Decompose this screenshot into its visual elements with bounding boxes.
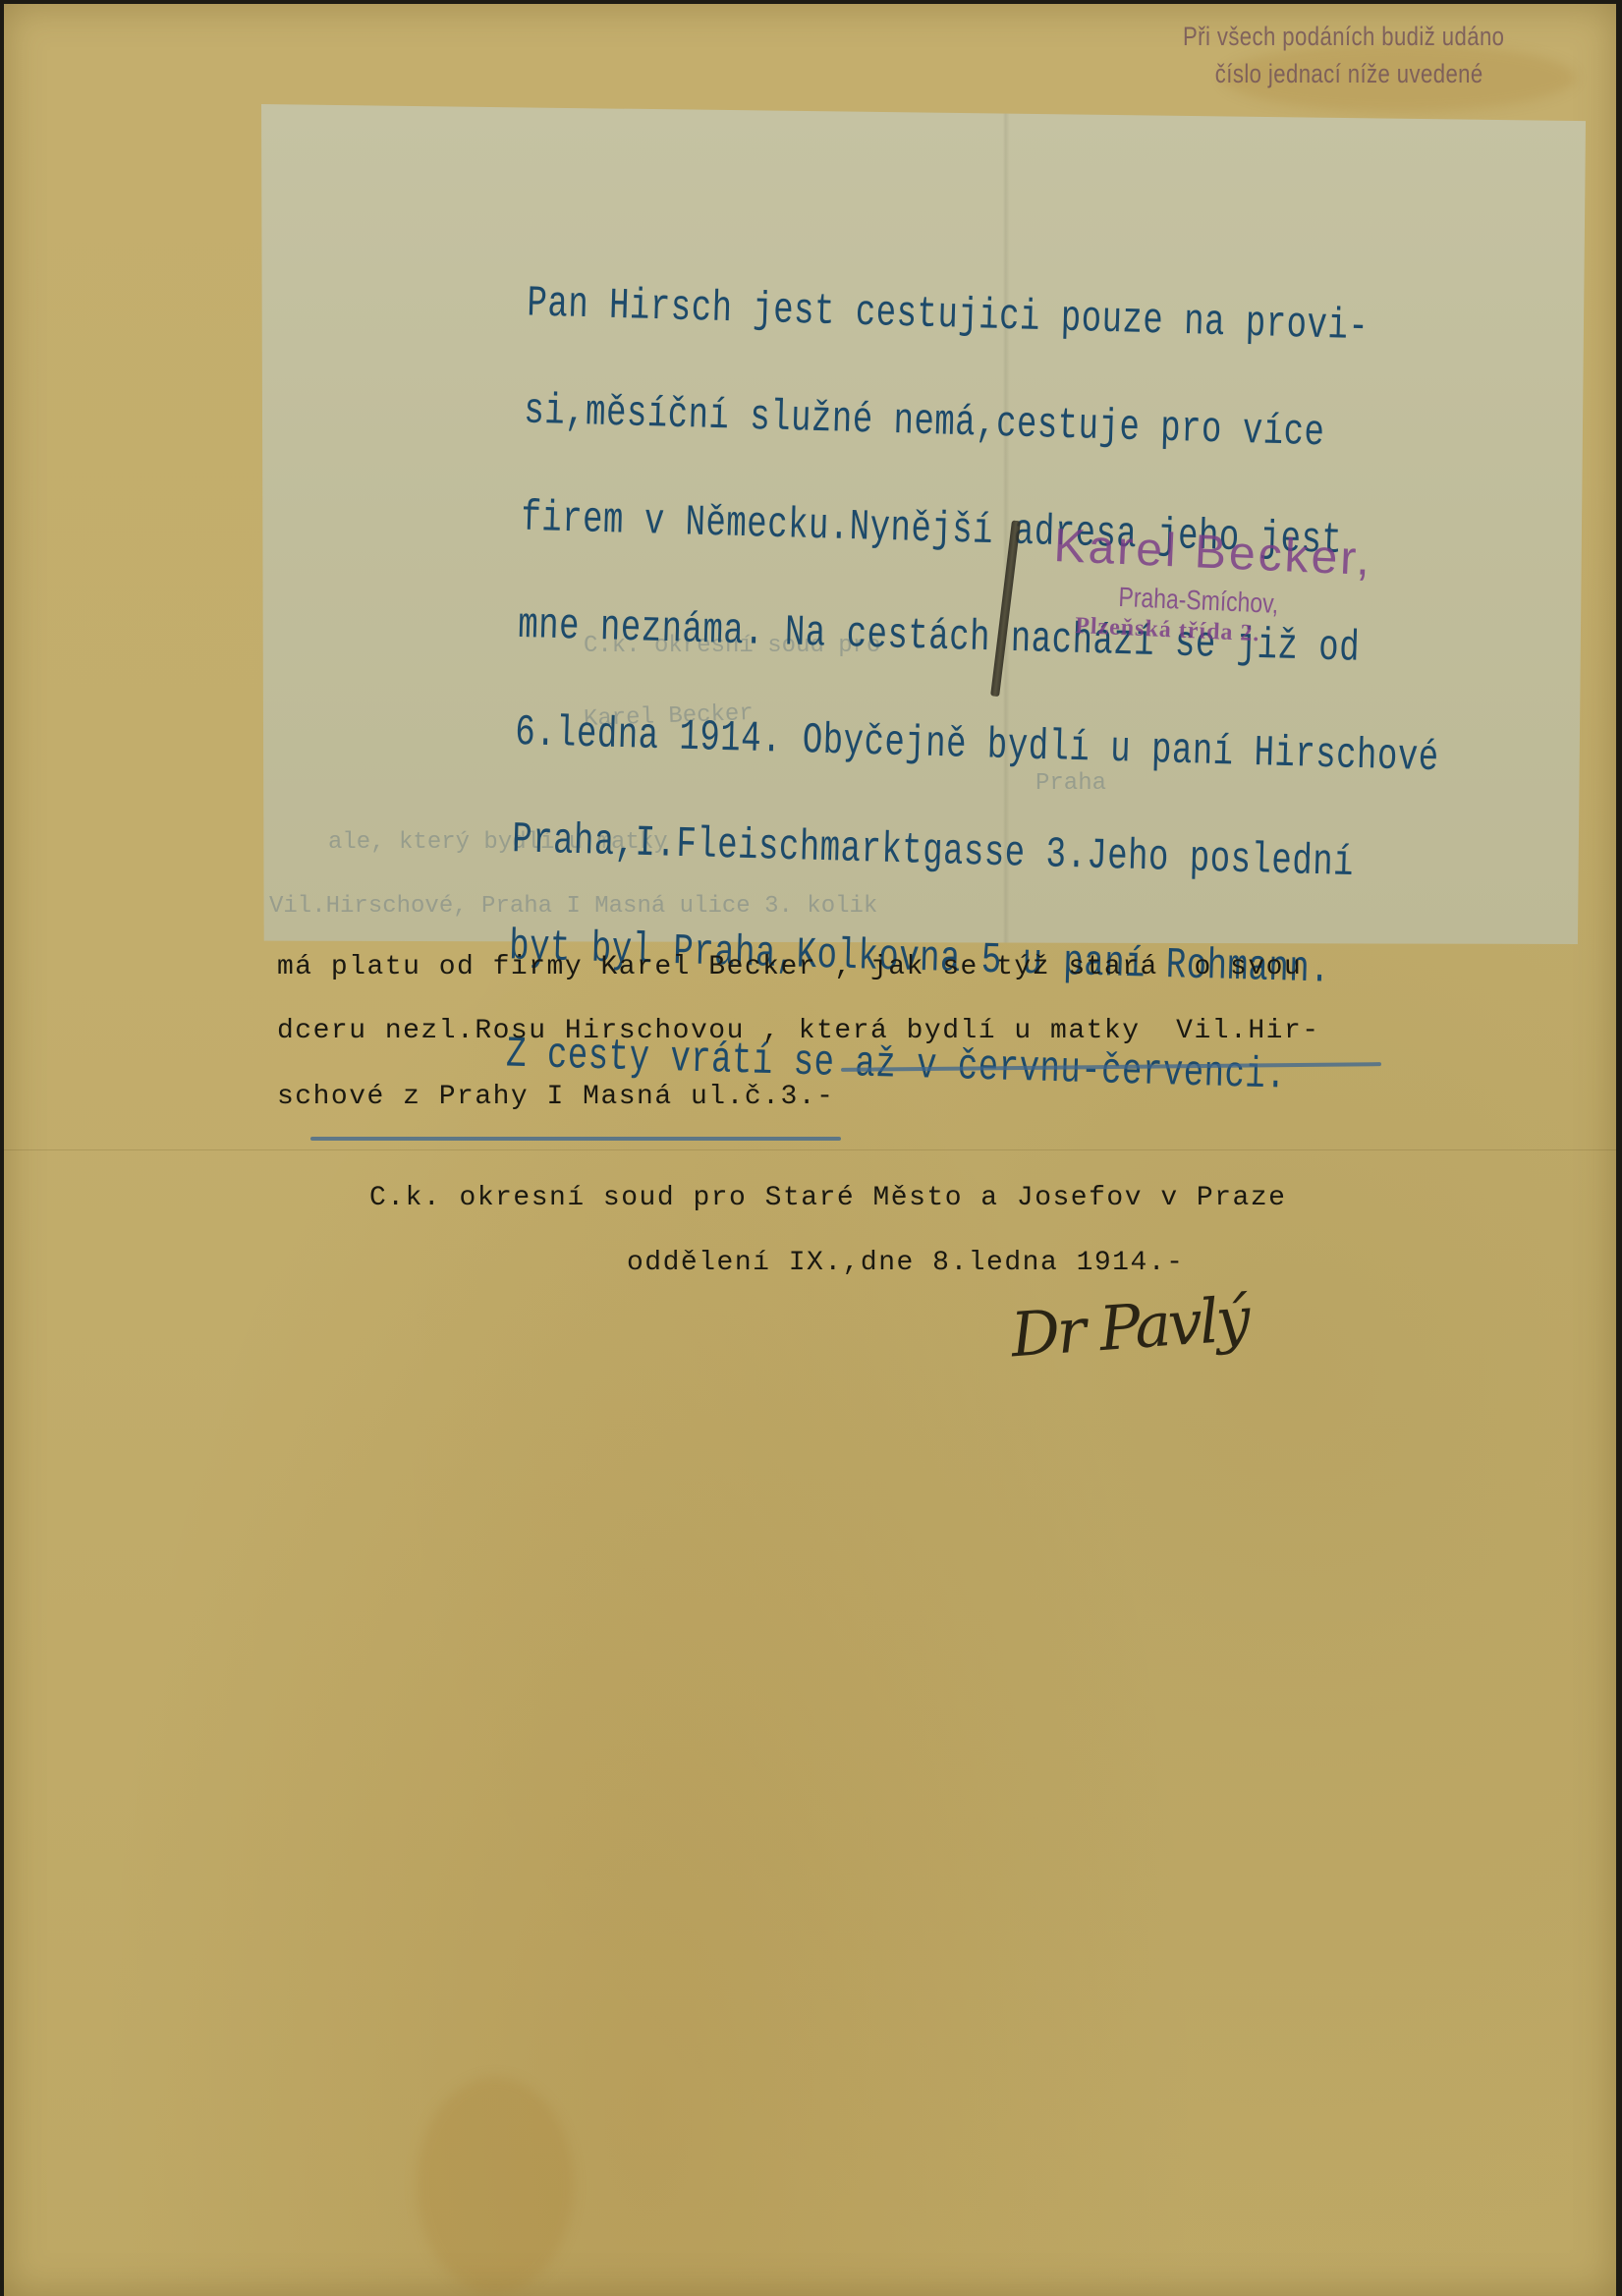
slip-line: Pan Hirsch jest cestujici pouze na provi… — [527, 287, 1569, 352]
body-line: má platu od firmy Karel Becker , jak se … — [277, 952, 1302, 982]
slip-line: 6.ledna 1914. Obyčejně bydlí u paní Hirs… — [515, 715, 1557, 780]
blue-underline — [310, 1137, 841, 1141]
corner-stamp-line: číslo jednací níže uvedené — [1183, 55, 1538, 92]
slip-line: Praha,I.Fleischmarktgasse 3.Jeho posledn… — [512, 823, 1554, 888]
company-stamp: Karel Becker, Praha-Smíchov, Plzeňská tř… — [1050, 519, 1373, 652]
body-line: schové z Prahy I Masná ul.č.3.- — [277, 1082, 834, 1112]
corner-stamp-line: Při všech podáních budiž udáno — [1183, 18, 1538, 55]
corner-stamp: Při všech podáních budiž udáno číslo jed… — [1183, 18, 1538, 92]
signature: Dr Pavlý — [1009, 1283, 1250, 1372]
date-line: oddělení IX.,dne 8.ledna 1914.- — [627, 1248, 1184, 1278]
stamp-city: Praha-Smíchov, — [1118, 582, 1279, 620]
document-page: Při všech podáních budiž udáno číslo jed… — [4, 4, 1616, 2296]
body-line: dceru nezl.Rosu Hirschovou , která bydlí… — [277, 1016, 1320, 1046]
slip-line: si,měsíční služné nemá,cestuje pro více — [524, 394, 1566, 459]
water-stain — [417, 2077, 574, 2293]
slip-line: mne neznáma. Na cestách nachází se již o… — [518, 608, 1560, 673]
slip-line: firem v Německu.Nynější adresa jeho jest — [521, 501, 1563, 566]
court-name: C.k. okresní soud pro Staré Město a Jose… — [369, 1183, 1286, 1213]
